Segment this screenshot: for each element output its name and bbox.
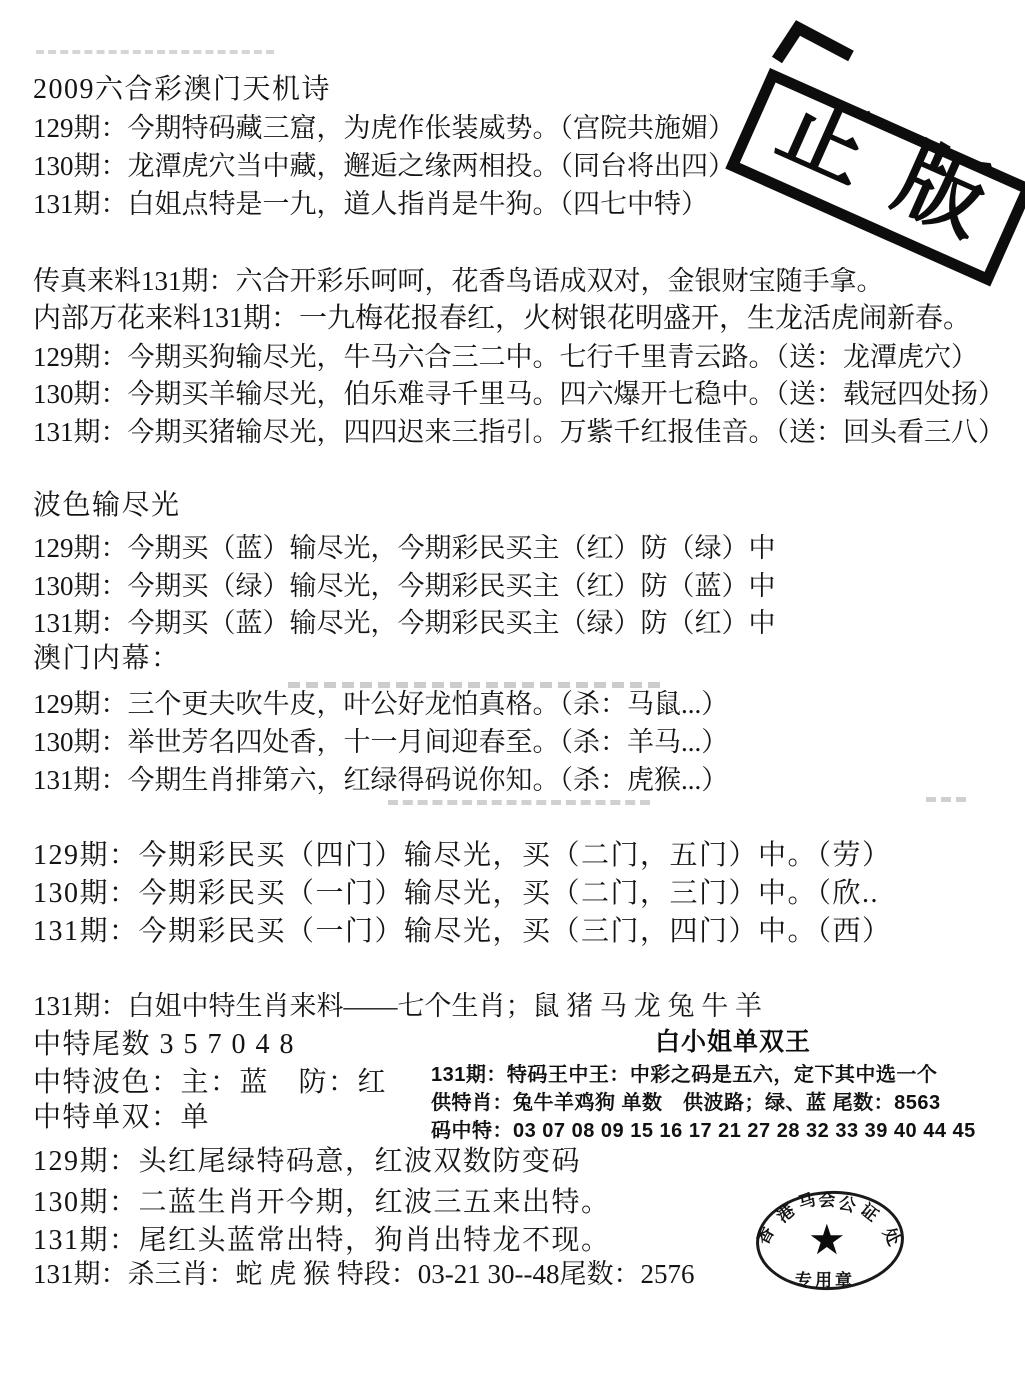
macau-line-129: 129期：三个更夫吹牛皮，叶公好龙怕真格。（杀：马鼠...）: [33, 687, 728, 721]
seal-arc-char: 会: [817, 1191, 838, 1212]
macau-line-130: 130期：举世芳名四处香，十一月间迎春至。（杀：羊马...）: [33, 725, 728, 759]
zodiac-line: 131期：白姐中特生肖来料——七个生肖；鼠 猪 马 龙 兔 牛 羊: [33, 989, 762, 1023]
prediction-line-129: 129期：头红尾绿特码意，红波双数防变码: [33, 1145, 581, 1179]
seal-bottom-label: 专用章: [795, 1266, 855, 1291]
wave-section-heading: 波色输尽光: [33, 489, 181, 523]
wave-line-131: 131期：今期买（蓝）输尽光，今期彩民买主（绿）防（红）中: [33, 606, 776, 640]
gate-line-130: 130期：今期彩民买（一门）输尽光，买（二门，三门）中。（欣..: [33, 877, 879, 911]
fax-line-1: 传真来料131期：六合开彩乐呵呵，花香鸟语成双对，金银财宝随手拿。: [33, 264, 884, 298]
wave-line-129: 129期：今期买（蓝）输尽光，今期彩民买主（红）防（绿）中: [33, 531, 776, 565]
right-panel-king-line: 131期：特码王中王：中彩之码是五六，定下其中选一个: [431, 1062, 937, 1088]
stamp-corner-mark-icon: [765, 18, 865, 70]
prediction-line-131: 131期：尾红头蓝常出特，狗肖出特龙不现。: [33, 1224, 611, 1258]
gate-line-129: 129期：今期彩民买（四门）输尽光，买（二门，五门）中。（劳）: [33, 839, 892, 873]
fax-line-130: 130期：今期买羊输尽光，伯乐难寻千里马。四六爆开七稳中。（送：载冠四处扬）: [33, 377, 1005, 411]
poem-line-130: 130期：龙潭虎穴当中藏，邂逅之缘两相投。（同台将出四）: [33, 149, 735, 183]
poem-line-131: 131期：白姐点特是一九，道人指肖是牛狗。（四七中特）: [33, 187, 708, 221]
scan-smudge: [926, 797, 966, 802]
genuine-stamp-label: 正版: [765, 76, 1025, 270]
gate-line-131: 131期：今期彩民买（一门）输尽光，买（三门，四门）中。（西）: [33, 915, 892, 949]
scan-smudge: [36, 50, 274, 54]
poem-line-129: 129期：今期特码藏三窟，为虎作伥装威势。（宫院共施媚）: [33, 111, 735, 145]
right-panel-numbers-line: 码中特：03 07 08 09 15 16 17 21 27 28 32 33 …: [431, 1118, 976, 1144]
fax-line-129: 129期：今期买狗输尽光，牛马六合三二中。七行千里青云路。（送：龙潭虎穴）: [33, 340, 978, 374]
fax-line-2: 内部万花来料131期：一九梅花报春红，火树银花明盛开，生龙活虎闹新春。: [33, 302, 971, 336]
stat-wave-color: 中特波色：主：蓝 防：红: [33, 1066, 387, 1100]
genuine-stamp: 正版: [725, 68, 1025, 286]
seal-star-icon: ★: [808, 1217, 846, 1263]
stat-tail-numbers: 中特尾数 3 5 7 0 4 8: [33, 1028, 295, 1062]
scan-smudge: [388, 800, 650, 805]
document-page: { "colors": { "paper": "#ffffff", "ink":…: [0, 0, 1025, 1388]
scanned-lottery-sheet: 2009六合彩澳门天机诗 129期：今期特码藏三窟，为虎作伥装威势。（宫院共施媚…: [0, 0, 1025, 1388]
page-title: 2009六合彩澳门天机诗: [33, 73, 331, 107]
stat-odd-even: 中特单双：单: [33, 1101, 210, 1135]
wave-line-130: 130期：今期买（绿）输尽光，今期彩民买主（红）防（蓝）中: [33, 569, 776, 603]
macau-line-131: 131期：今期生肖排第六，红绿得码说你知。（杀：虎猴...）: [33, 763, 728, 797]
kill-three-zodiac-line: 131期：杀三肖：蛇 虎 猴 特段：03-21 30--48尾数：2576: [33, 1257, 694, 1291]
prediction-line-130: 130期：二蓝生肖开今期，红波三五来出特。: [33, 1186, 611, 1220]
macau-section-heading: 澳门内幕：: [33, 642, 181, 676]
fax-line-131: 131期：今期买猪输尽光，四四迟来三指引。万紫千红报佳音。（送：回头看三八）: [33, 415, 1005, 449]
right-panel-title: 白小姐单双王: [655, 1027, 811, 1057]
right-panel-zodiac-line: 供特肖：兔牛羊鸡狗 单数 供波路；绿、蓝 尾数：8563: [431, 1090, 941, 1116]
